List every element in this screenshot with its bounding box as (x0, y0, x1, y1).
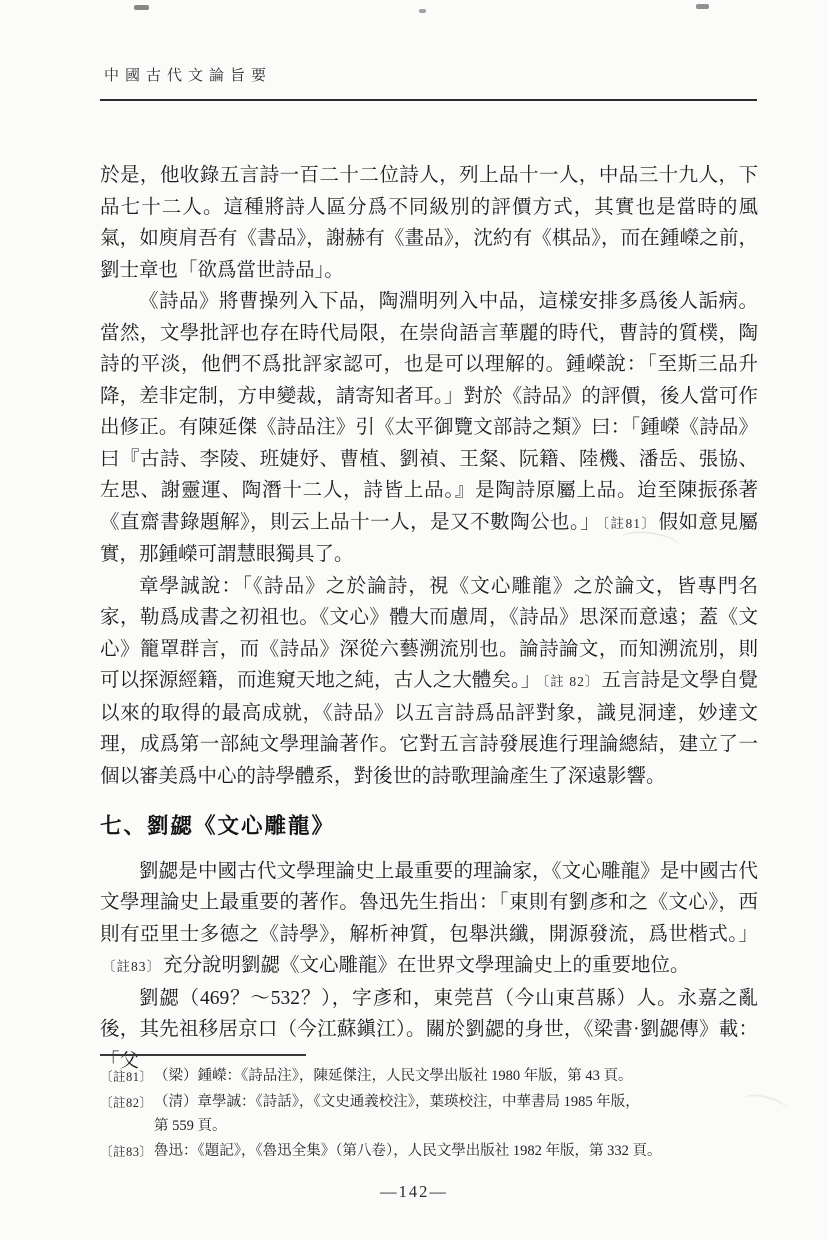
paragraph: 劉勰（469？～532？），字彥和，東莞莒（今山東莒縣）人。永嘉之亂後，其先祖移… (100, 983, 758, 1078)
body-text: 於是，他收錄五言詩一百二十二位詩人，列上品十一人，中品三十九人，下品七十二人。這… (100, 160, 758, 1077)
footnote-ref-83: 〔註83〕 (100, 959, 163, 974)
footnotes-block: 〔註81〕 （梁）鍾嶸：《詩品注》，陳延傑注，人民文學出版社 1980 年版，第… (100, 1064, 760, 1164)
paragraph: 章學誠說：「《詩品》之於論詩，視《文心雕龍》之於論文，皆專門名家，勒爲成書之初祖… (100, 571, 758, 793)
footnote-line: （清）章學誠：《詩話》，《文史通義校注》，葉瑛校注，中華書局 1985 年版， (154, 1090, 760, 1115)
paragraph-text: 劉勰是中國古代文學理論史上最重要的理論家，《文心雕龍》是中國古代文學理論史上最重… (100, 861, 758, 945)
running-head-rule (100, 99, 757, 101)
footnote-82: 〔註82〕 （清）章學誠：《詩話》，《文史通義校注》，葉瑛校注，中華書局 198… (100, 1090, 760, 1139)
paragraph: 於是，他收錄五言詩一百二十二位詩人，列上品十一人，中品三十九人，下品七十二人。這… (100, 160, 758, 286)
footnote-label: 〔註83〕 (100, 1139, 154, 1165)
scanned-book-page: 中國古代文論旨要 於是，他收錄五言詩一百二十二位詩人，列上品十一人，中品三十九人… (0, 0, 828, 1240)
footnote-line: 魯迅：《題記》，《魯迅全集》（第八卷），人民文學出版社 1982 年版，第 33… (154, 1139, 760, 1164)
paragraph-text: 劉勰（469？～532？），字彥和，東莞莒（今山東莒縣）人。永嘉之亂後，其先祖移… (100, 988, 758, 1072)
paragraph: 劉勰是中國古代文學理論史上最重要的理論家，《文心雕龍》是中國古代文學理論史上最重… (100, 856, 758, 983)
scan-speck (134, 5, 149, 10)
footnote-text: （梁）鍾嶸：《詩品注》，陳延傑注，人民文學出版社 1980 年版，第 43 頁。 (154, 1064, 760, 1089)
paragraph-text: 《詩品》將曹操列入下品，陶淵明列入中品，這樣安排多爲後人詬病。當然，文學批評也存… (100, 291, 758, 533)
scan-speck (696, 4, 709, 9)
paragraph: 《詩品》將曹操列入下品，陶淵明列入中品，這樣安排多爲後人詬病。當然，文學批評也存… (100, 286, 758, 571)
paragraph-text: 於是，他收錄五言詩一百二十二位詩人，列上品十一人，中品三十九人，下品七十二人。這… (100, 165, 758, 281)
scan-speck (419, 9, 426, 13)
footnote-ref-81: 〔註81〕 (600, 516, 658, 531)
page-number: —142— (0, 1182, 828, 1202)
paragraph-text: 充分說明劉勰《文心雕龍》在世界文學理論史上的重要地位。 (163, 955, 690, 976)
footnote-separator-rule (100, 1054, 306, 1056)
footnote-ref-82: 〔註 82〕 (540, 674, 601, 689)
section-heading: 七、劉勰《文心雕龍》 (100, 811, 758, 843)
footnote-81: 〔註81〕 （梁）鍾嶸：《詩品注》，陳延傑注，人民文學出版社 1980 年版，第… (100, 1064, 760, 1090)
footnote-text: （清）章學誠：《詩話》，《文史通義校注》，葉瑛校注，中華書局 1985 年版，第… (154, 1090, 760, 1139)
footnote-line: 第 559 頁。 (154, 1114, 760, 1139)
footnote-line: （梁）鍾嶸：《詩品注》，陳延傑注，人民文學出版社 1980 年版，第 43 頁。 (154, 1064, 760, 1089)
footnote-83: 〔註83〕 魯迅：《題記》，《魯迅全集》（第八卷），人民文學出版社 1982 年… (100, 1139, 760, 1165)
footnote-label: 〔註82〕 (100, 1090, 154, 1116)
footnote-text: 魯迅：《題記》，《魯迅全集》（第八卷），人民文學出版社 1982 年版，第 33… (154, 1139, 760, 1164)
footnote-label: 〔註81〕 (100, 1064, 154, 1090)
running-head-title: 中國古代文論旨要 (104, 64, 272, 85)
